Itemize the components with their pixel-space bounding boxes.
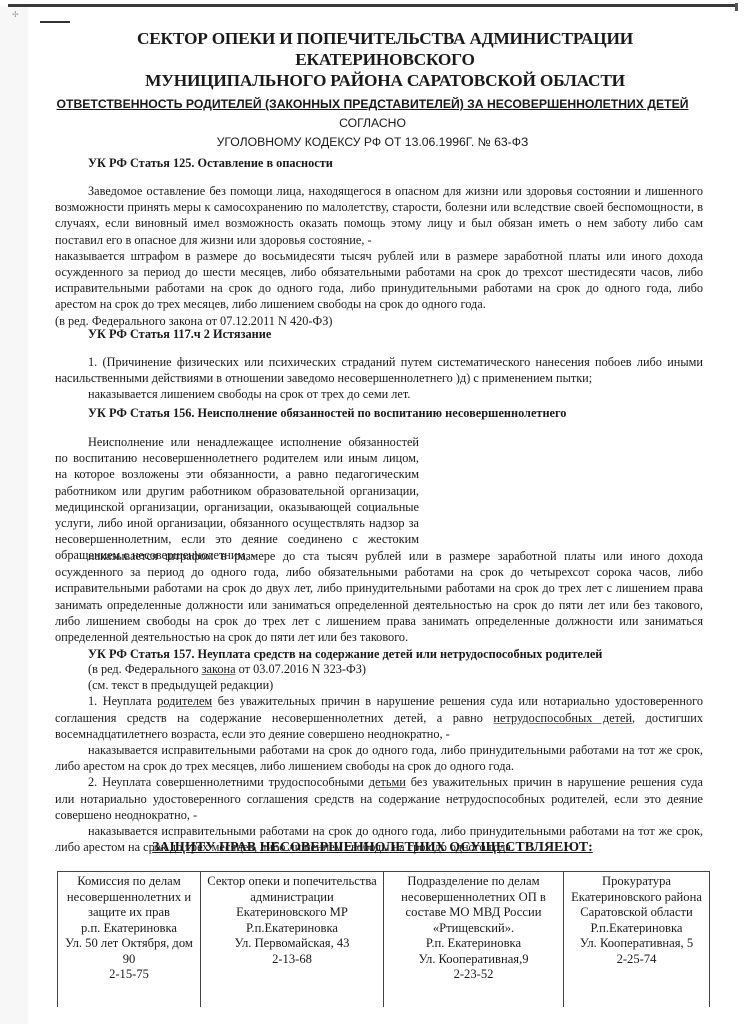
article-157-part-2: 2. Неуплата совершеннолетними трудоспосо… [55,774,703,823]
agency-line: Р.п. Екатериновка [384,936,563,952]
organization-title: СЕКТОР ОПЕКИ И ПОПЕЧИТЕЛЬСТВА АДМИНИСТРА… [60,28,710,91]
previous-edition-note: (см. текст в предыдущей редакции) [55,677,703,693]
agency-line: Сектор опеки и попечительства [201,874,383,890]
article-156-body: Неисполнение или ненадлежащее исполнение… [55,434,419,564]
article-117-body: 1. (Причинение физических или психически… [55,354,703,403]
agency-line: Ул. Кооперативная, 5 [564,936,709,952]
article-117-paragraph: 1. (Причинение физических или психически… [55,354,703,386]
agency-line: составе МО МВД России [384,905,563,921]
law-link[interactable]: закона [202,662,236,676]
parent-link[interactable]: родителем [157,694,212,708]
agency-line: 90 [58,952,200,968]
agency-line: несовершеннолетних ОП в [384,890,563,906]
org-title-line-1: СЕКТОР ОПЕКИ И ПОПЕЧИТЕЛЬСТВА АДМИНИСТРА… [60,28,710,70]
agency-line: Прокуратура [564,874,709,890]
article-125-penalty: наказывается штрафом в размере до восьми… [55,248,703,313]
agency-line: р.п. Екатериновка [58,921,200,937]
agency-cell-guardianship: Сектор опеки и попечительстваадминистрац… [200,872,383,1007]
agency-line: Ул. 50 лет Октября, дом [58,936,200,952]
article-125-paragraph: Заведомое оставление без помощи лица, на… [55,183,703,248]
article-156-penalty-block: наказывается штрафом в размере до ста ты… [55,548,703,645]
agency-line: Саратовской области [564,905,709,921]
agency-line: несовершеннолетних и [58,890,200,906]
article-156-title: УК РФ Статья 156. Неисполнение обязаннос… [88,405,566,421]
agency-line: администрации [201,890,383,906]
agency-line: Р.п.Екатериновка [201,921,383,937]
responsibility-title: ОТВЕТСТВЕННОСТЬ РОДИТЕЛЕЙ (ЗАКОННЫХ ПРЕД… [40,95,705,114]
agency-cell-commission: Комиссия по деламнесовершеннолетних изащ… [57,872,200,1007]
responsibility-heading: ОТВЕТСТВЕННОСТЬ РОДИТЕЛЕЙ (ЗАКОННЫХ ПРЕД… [40,95,705,152]
agency-line: 2-15-75 [58,967,200,983]
agency-line: 2-23-52 [384,967,563,983]
children-link[interactable]: детьми [369,775,406,789]
agency-line: Ул. Первомайская, 43 [201,936,383,952]
agency-line: Ул. Кооперативная,9 [384,952,563,968]
agency-cell-police: Подразделение по деламнесовершеннолетних… [383,872,563,1007]
article-117-penalty: наказывается лишением свободы на срок от… [55,386,703,402]
agency-line: Комиссия по делам [58,874,200,890]
agency-line: 2-13-68 [201,952,383,968]
agency-cell-prosecutor: ПрокуратураЕкатериновского районаСаратов… [563,872,710,1007]
article-157-title: УК РФ Статья 157. Неуплата средств на со… [88,646,602,662]
article-157-part-1: 1. Неуплата родителем без уважительных п… [55,693,703,742]
according-label: СОГЛАСНО [40,114,705,133]
article-125-body: Заведомое оставление без помощи лица, на… [55,183,703,329]
article-156-penalty: наказывается штрафом в размере до ста ты… [55,548,703,645]
agencies-table: Комиссия по деламнесовершеннолетних изащ… [57,871,710,1007]
agency-line: «Ртищевский». [384,921,563,937]
article-157-edition: (в ред. Федерального закона от 03.07.201… [55,661,703,677]
article-157-part-1-penalty: наказывается исправительными работами на… [55,742,703,774]
scan-margin-shade [0,6,28,1024]
agency-line: Екатериновского МР [201,905,383,921]
org-title-line-2: МУНИЦИПАЛЬНОГО РАЙОНА САРАТОВСКОЙ ОБЛАСТ… [60,70,710,91]
protection-title: ЗАЩИТУ ПРАВ НЕСОВЕРШЕННОЛЕТНИХ ОСУЩЕСТВЛ… [0,840,745,856]
agency-line: Подразделение по делам [384,874,563,890]
agency-line: 2-25-74 [564,952,709,968]
scan-top-edge-corner [735,3,738,11]
article-157-body: (в ред. Федерального закона от 03.07.201… [55,661,703,855]
scan-speck: ✢ [12,10,19,19]
agency-line: Екатериновского района [564,890,709,906]
article-156-paragraph: Неисполнение или ненадлежащее исполнение… [55,434,419,564]
disabled-children-link[interactable]: нетрудоспособных детей [493,711,632,725]
agency-line: Р.п.Екатериновка [564,921,709,937]
agency-line: защите их прав [58,905,200,921]
article-125-title: УК РФ Статья 125. Оставление в опасности [88,155,333,171]
scan-top-edge [8,4,738,7]
article-117-title: УК РФ Статья 117.ч 2 Истязание [88,326,271,342]
criminal-code-reference: УГОЛОВНОМУ КОДЕКСУ РФ ОТ 13.06.1996Г. № … [40,133,705,152]
scan-dash-mark [40,21,70,23]
